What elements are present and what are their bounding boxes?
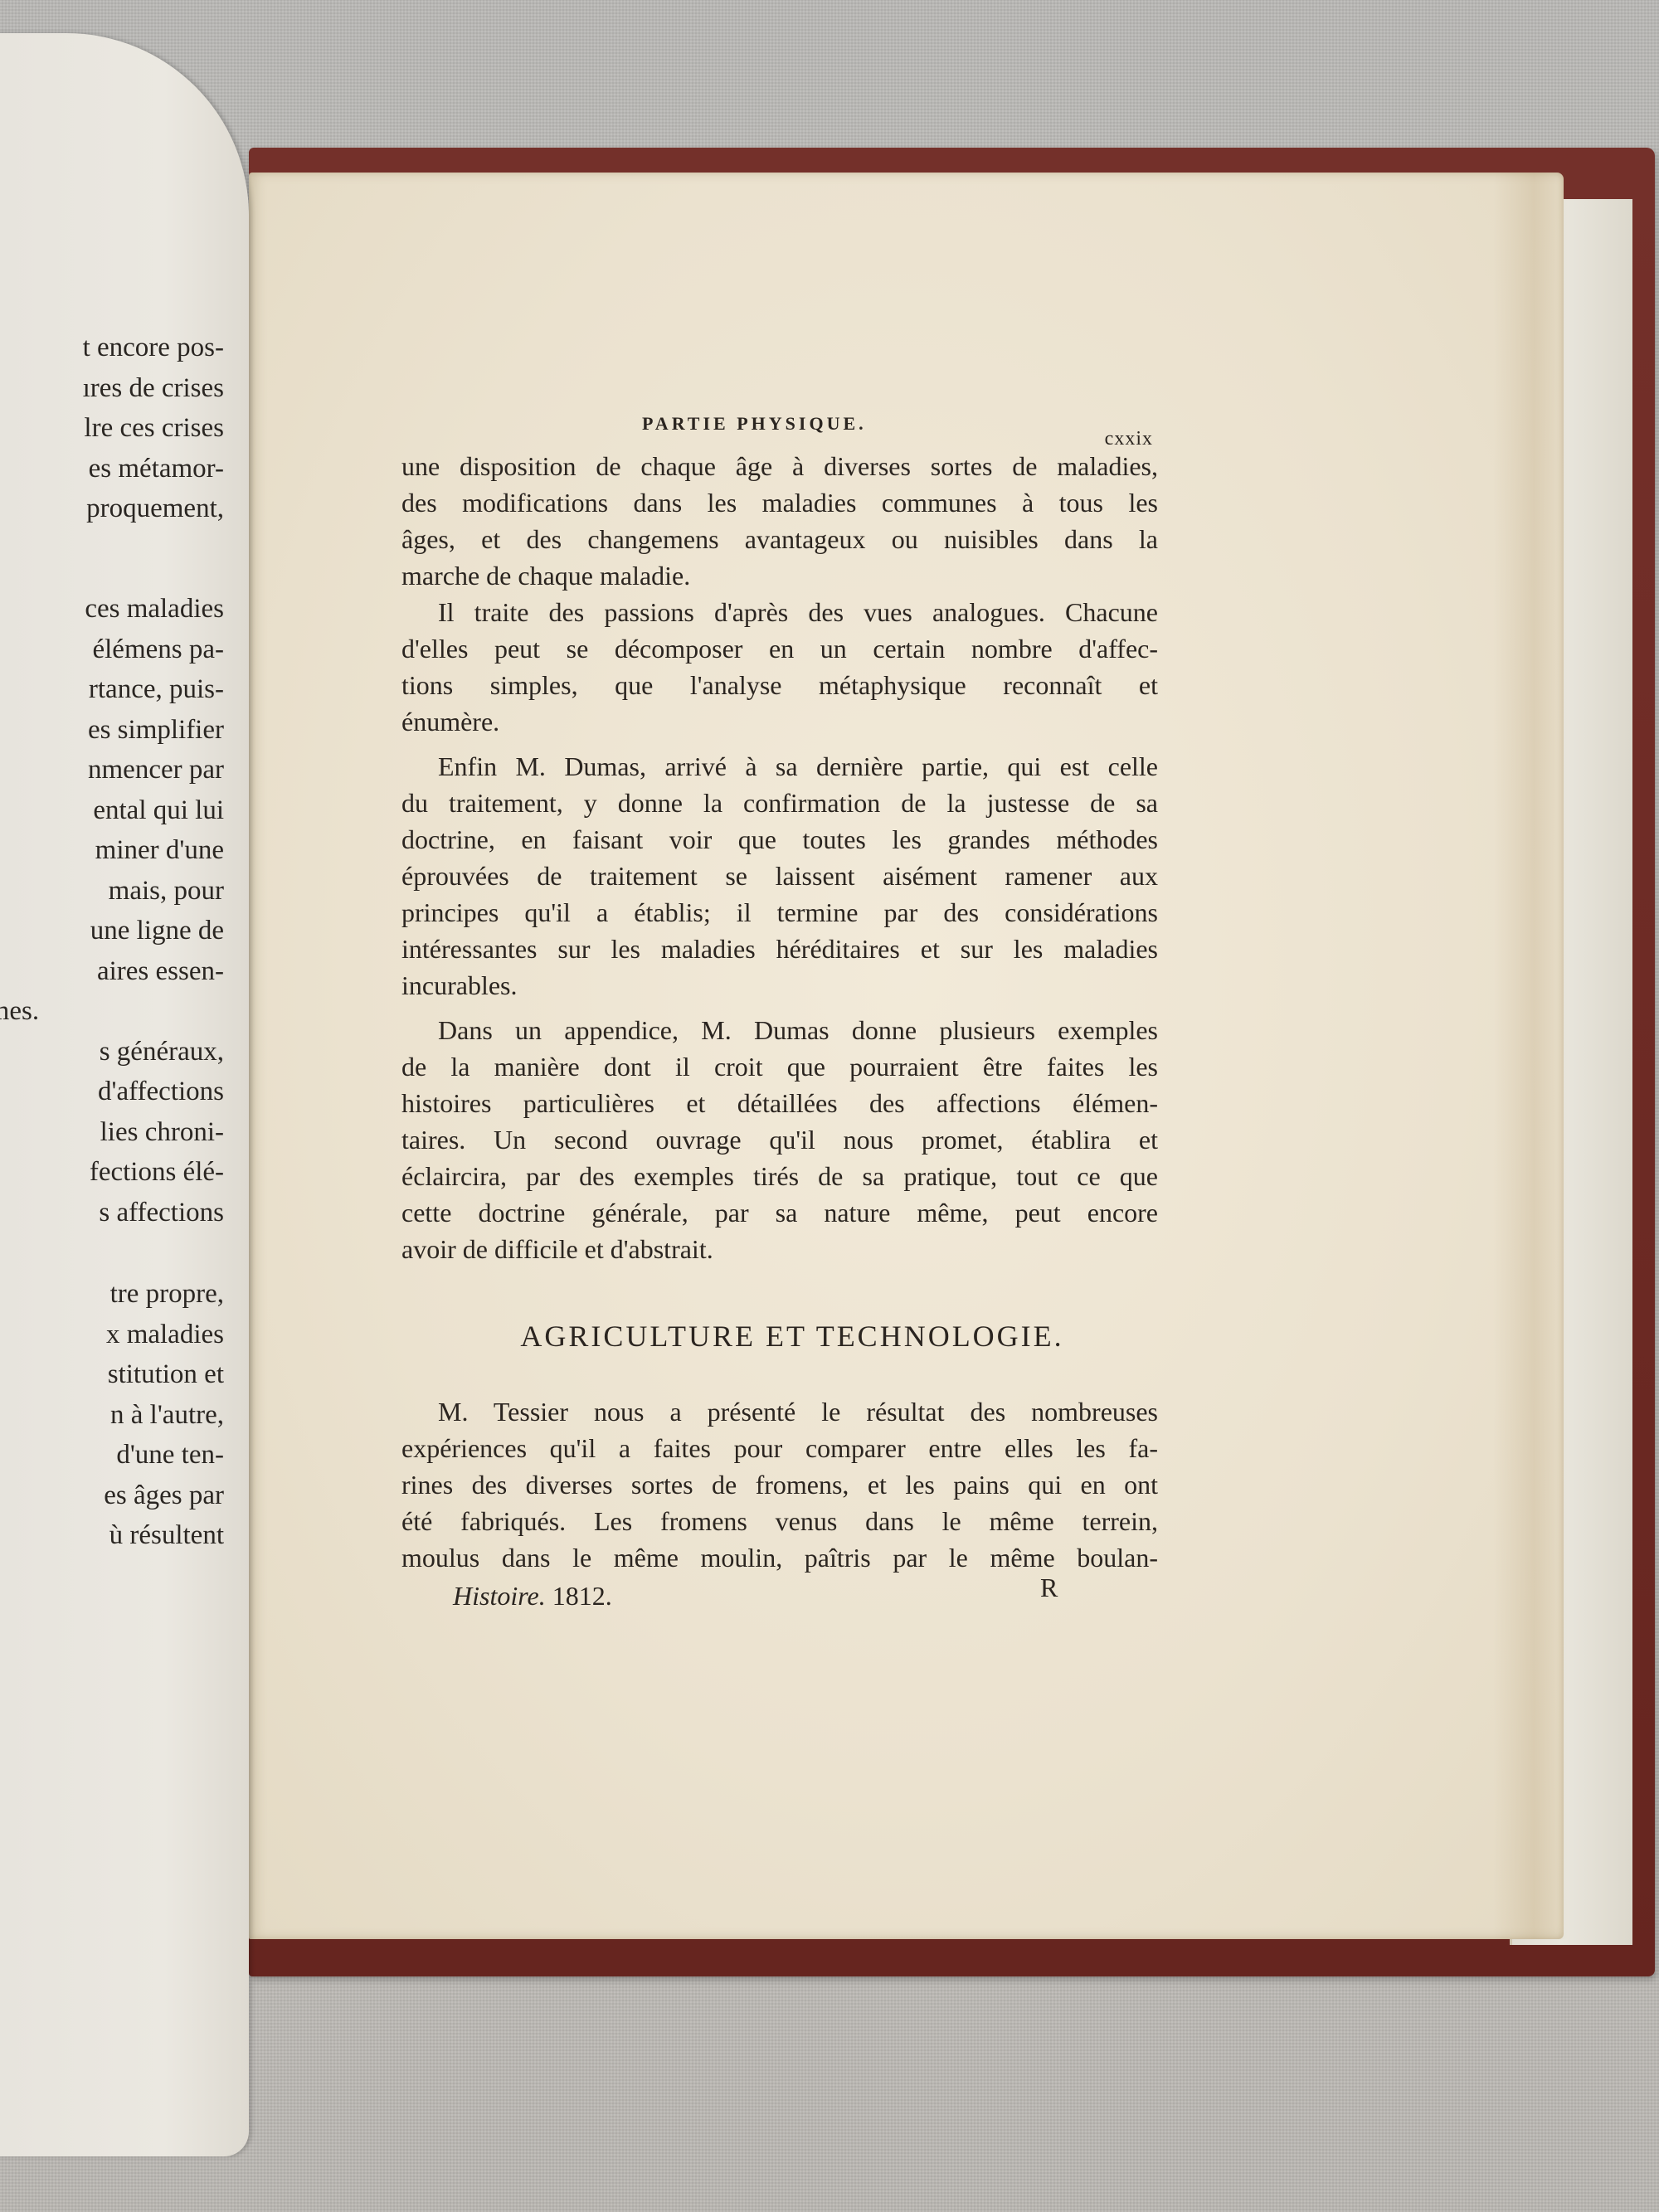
- text-line: doctrine, en faisant voir que toutes les…: [401, 821, 1158, 858]
- left-line: fections élé-: [0, 1152, 224, 1193]
- page-fold-shadow: [1493, 173, 1568, 1939]
- page-number: cxxix: [1105, 428, 1153, 450]
- footer-year: 1812.: [552, 1581, 612, 1611]
- left-line: miner d'une: [0, 830, 224, 871]
- text-line: d'elles peut se décomposer en un certain…: [401, 630, 1158, 667]
- text-line: avoir de difficile et d'abstrait.: [401, 1231, 1158, 1267]
- left-line: es métamor-: [0, 449, 224, 489]
- paragraph: Il traite des passions d'après des vues …: [401, 594, 1158, 740]
- left-line: élémens pa-: [0, 630, 224, 670]
- left-line: x maladies: [0, 1315, 224, 1355]
- text-line: cette doctrine générale, par sa nature m…: [401, 1194, 1158, 1231]
- left-line: lre ces crises: [0, 408, 224, 449]
- left-line: t encore pos-: [0, 328, 224, 368]
- left-line: d'une ten-: [0, 1435, 224, 1475]
- left-line: tre propre,: [0, 1274, 224, 1315]
- left-line: lies chroni-: [0, 1112, 224, 1153]
- left-line: tômes.: [0, 991, 224, 1032]
- left-line: stitution et: [0, 1354, 224, 1395]
- text-line: de la manière dont il croit que pourraie…: [401, 1048, 1158, 1085]
- left-line: ental qui lui: [0, 790, 224, 831]
- left-line: ns.: [0, 529, 224, 570]
- left-line: s généraux,: [0, 1032, 224, 1072]
- left-line: rtance, puis-: [0, 669, 224, 710]
- left-line: une ligne de: [0, 911, 224, 951]
- section-title: AGRICULTURE ET TECHNOLOGIE.: [401, 1319, 1158, 1354]
- text-line: marche de chaque maladie.: [401, 557, 1158, 594]
- left-page: t encore pos- ıres de crises lre ces cri…: [0, 33, 249, 2156]
- left-line: nmencer par: [0, 750, 224, 790]
- text-line: M. Tessier nous a présenté le résultat d…: [401, 1393, 1158, 1430]
- text-line: des modifications dans les maladies comm…: [401, 484, 1158, 521]
- page-text-block: PARTIE PHYSIQUE. cxxix une disposition d…: [401, 413, 1158, 1617]
- paragraph: Dans un appendice, M. Dumas donne plusie…: [401, 1012, 1158, 1267]
- left-line: mais, pour: [0, 871, 224, 912]
- left-line: es simplifier: [0, 710, 224, 751]
- page-footer: Histoire. 1812. R: [401, 1581, 1158, 1617]
- left-line: aires essen-: [0, 951, 224, 992]
- footer-title-text: Histoire.: [453, 1581, 546, 1611]
- left-line: s affections: [0, 1193, 224, 1233]
- paragraph: Enfin M. Dumas, arrivé à sa dernière par…: [401, 748, 1158, 1004]
- footer-title: Histoire. 1812.: [453, 1581, 612, 1612]
- left-line: es âges par: [0, 1475, 224, 1516]
- signature-mark: R: [1040, 1573, 1058, 1603]
- left-line: ces maladies: [0, 589, 224, 630]
- running-head: PARTIE PHYSIQUE. cxxix: [401, 413, 1158, 441]
- text-line: éprouvées de traitement se laissent aisé…: [401, 858, 1158, 894]
- text-line: rines des diverses sortes de fromens, et…: [401, 1466, 1158, 1503]
- text-line: Dans un appendice, M. Dumas donne plusie…: [401, 1012, 1158, 1048]
- running-title: PARTIE PHYSIQUE.: [642, 413, 867, 435]
- text-line: du traitement, y donne la confirmation d…: [401, 785, 1158, 821]
- paragraph: M. Tessier nous a présenté le résultat d…: [401, 1393, 1158, 1576]
- text-line: principes qu'il a établis; il termine pa…: [401, 894, 1158, 931]
- text-line: incurables.: [401, 967, 1158, 1004]
- left-line: proquement,: [0, 489, 224, 529]
- text-line: âges, et des changemens avantageux ou nu…: [401, 521, 1158, 557]
- left-page-text: t encore pos- ıres de crises lre ces cri…: [0, 328, 224, 1556]
- text-line: taires. Un second ouvrage qu'il nous pro…: [401, 1121, 1158, 1158]
- text-line: Enfin M. Dumas, arrivé à sa dernière par…: [401, 748, 1158, 785]
- text-line: Il traite des passions d'après des vues …: [401, 594, 1158, 630]
- text-line: éclaircira, par des exemples tirés de sa…: [401, 1158, 1158, 1194]
- text-line: histoires particulières et détaillées de…: [401, 1085, 1158, 1121]
- text-line: moulus dans le même moulin, paîtris par …: [401, 1539, 1158, 1576]
- paragraph: une disposition de chaque âge à diverses…: [401, 448, 1158, 594]
- text-line: expériences qu'il a faites pour comparer…: [401, 1430, 1158, 1466]
- text-line: tions simples, que l'analyse métaphysiqu…: [401, 667, 1158, 703]
- left-line: n à l'autre,: [0, 1395, 224, 1436]
- text-line: énumère.: [401, 703, 1158, 740]
- text-line: été fabriqués. Les fromens venus dans le…: [401, 1503, 1158, 1539]
- left-line: d'affections: [0, 1072, 224, 1112]
- text-line: une disposition de chaque âge à diverses…: [401, 448, 1158, 484]
- left-line: ıres de crises: [0, 368, 224, 409]
- left-line: ù résultent: [0, 1515, 224, 1556]
- text-line: intéressantes sur les maladies héréditai…: [401, 931, 1158, 967]
